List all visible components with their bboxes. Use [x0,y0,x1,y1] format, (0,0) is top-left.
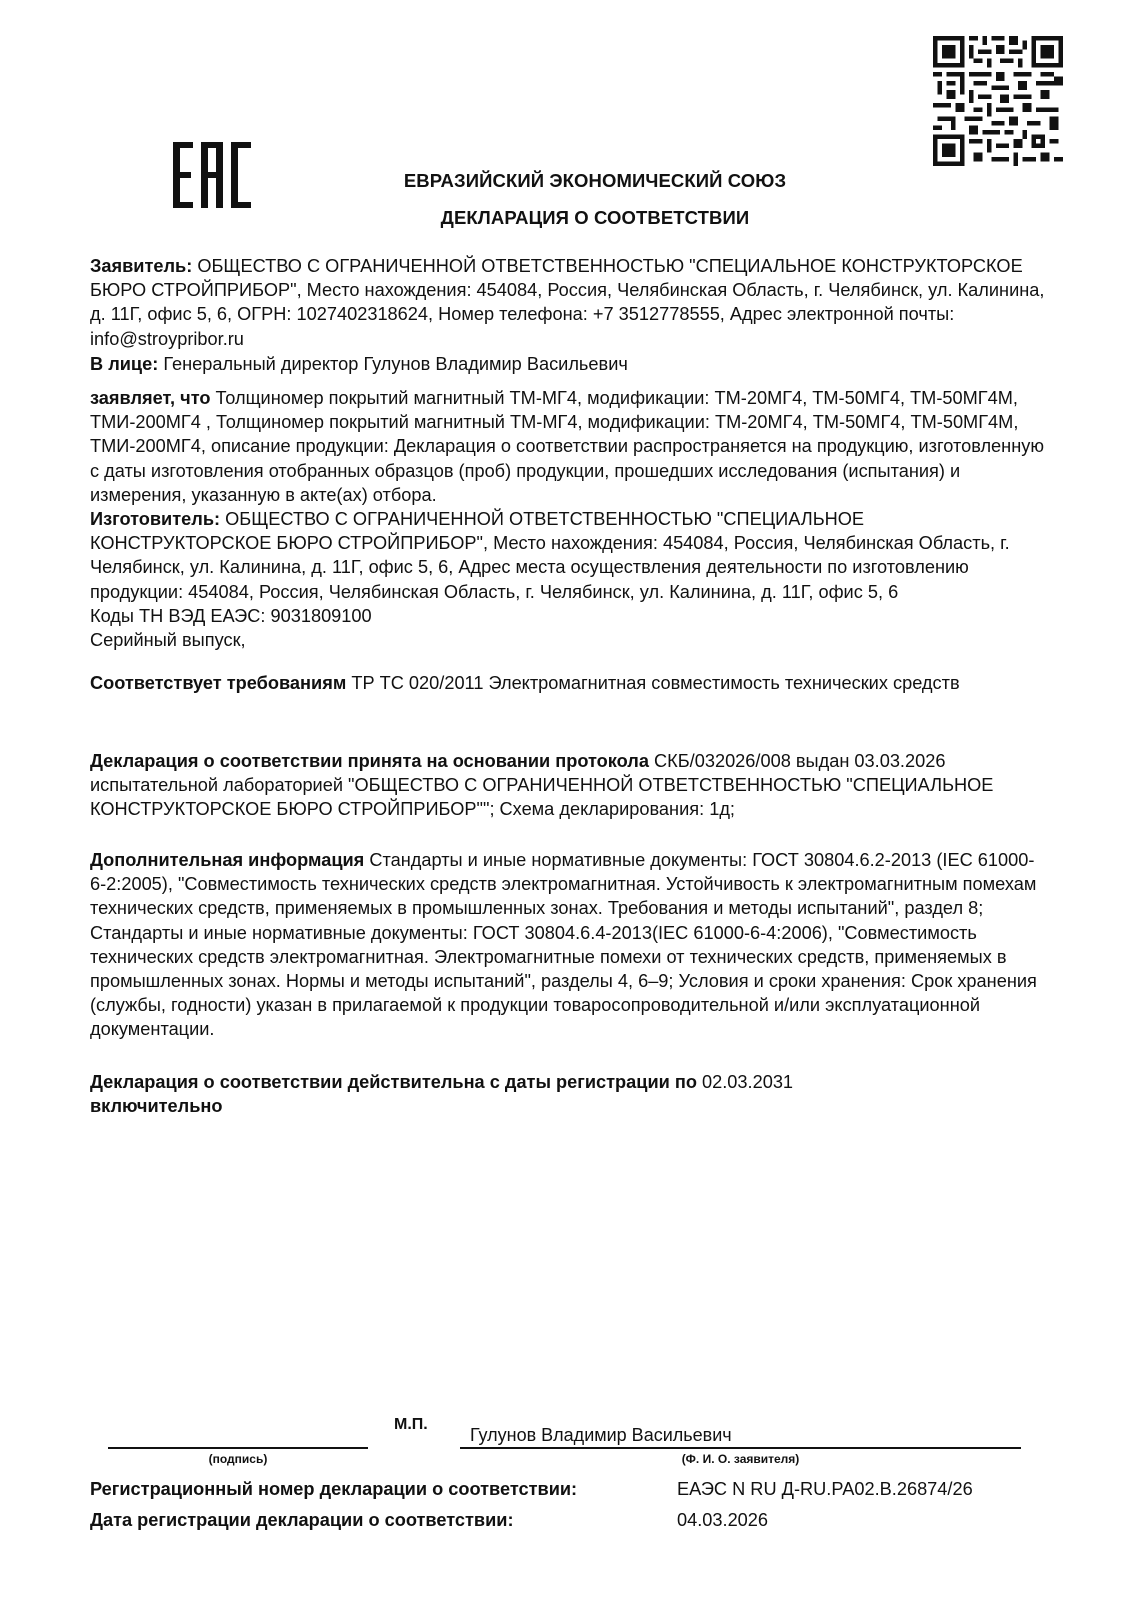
document-title: ДЕКЛАРАЦИЯ О СООТВЕТСТВИИ [0,207,1131,229]
registration-date-label: Дата регистрации декларации о соответств… [90,1510,514,1531]
additional-info-text: Стандарты и иные нормативные документы: … [90,850,1037,1039]
additional-info-label: Дополнительная информация [90,850,364,870]
basis-label: Декларация о соответствии принята на осн… [90,751,649,771]
declares-section: заявляет, что Толщиномер покрытий магнит… [90,386,1050,652]
applicant-section: Заявитель: ОБЩЕСТВО С ОГРАНИЧЕННОЙ ОТВЕТ… [90,254,1050,351]
signatory-name: Гулунов Владимир Васильевич [470,1425,732,1446]
manufacturer-text: ОБЩЕСТВО С ОГРАНИЧЕННОЙ ОТВЕТСТВЕННОСТЬЮ… [90,509,1010,602]
union-title: ЕВРАЗИЙСКИЙ ЭКОНОМИЧЕСКИЙ СОЮЗ [0,170,1131,192]
conforms-section: Соответствует требованиям ТР ТС 020/2011… [90,671,1050,695]
qr-code-icon[interactable] [933,36,1063,166]
name-line [460,1447,1021,1449]
additional-info-section: Дополнительная информация Стандарты и ин… [90,848,1050,1042]
serial-release: Серийный выпуск, [90,628,1050,652]
applicant-text: ОБЩЕСТВО С ОГРАНИЧЕННОЙ ОТВЕТСТВЕННОСТЬЮ… [90,256,1044,349]
manufacturer-label: Изготовитель: [90,509,220,529]
name-caption: (Ф. И. О. заявителя) [460,1452,1021,1466]
validity-label: Декларация о соответствии действительна … [90,1072,697,1092]
declares-text: Толщиномер покрытий магнитный ТМ-МГ4, мо… [90,388,1044,505]
validity-suffix: включительно [90,1096,223,1116]
conforms-label: Соответствует требованиям [90,673,346,693]
represented-by-section: В лице: Генеральный директор Гулунов Вла… [90,352,1050,376]
registration-number: ЕАЭС N RU Д-RU.РА02.В.26874/26 [677,1479,973,1500]
validity-section: Декларация о соответствии действительна … [90,1070,1050,1118]
validity-date: 02.03.2031 [697,1072,793,1092]
signature-line [108,1447,368,1449]
tn-ved-codes: Коды ТН ВЭД ЕАЭС: 9031809100 [90,604,1050,628]
registration-number-label: Регистрационный номер декларации о соотв… [90,1479,577,1500]
represented-by-text: Генеральный директор Гулунов Владимир Ва… [158,354,628,374]
conforms-text: ТР ТС 020/2011 Электромагнитная совмести… [346,673,959,693]
signature-caption: (подпись) [108,1452,368,1466]
represented-by-label: В лице: [90,354,158,374]
applicant-label: Заявитель: [90,256,192,276]
declares-label: заявляет, что [90,388,211,408]
stamp-placeholder: М.П. [394,1416,428,1434]
registration-date: 04.03.2026 [677,1510,768,1531]
basis-section: Декларация о соответствии принята на осн… [90,749,1050,822]
